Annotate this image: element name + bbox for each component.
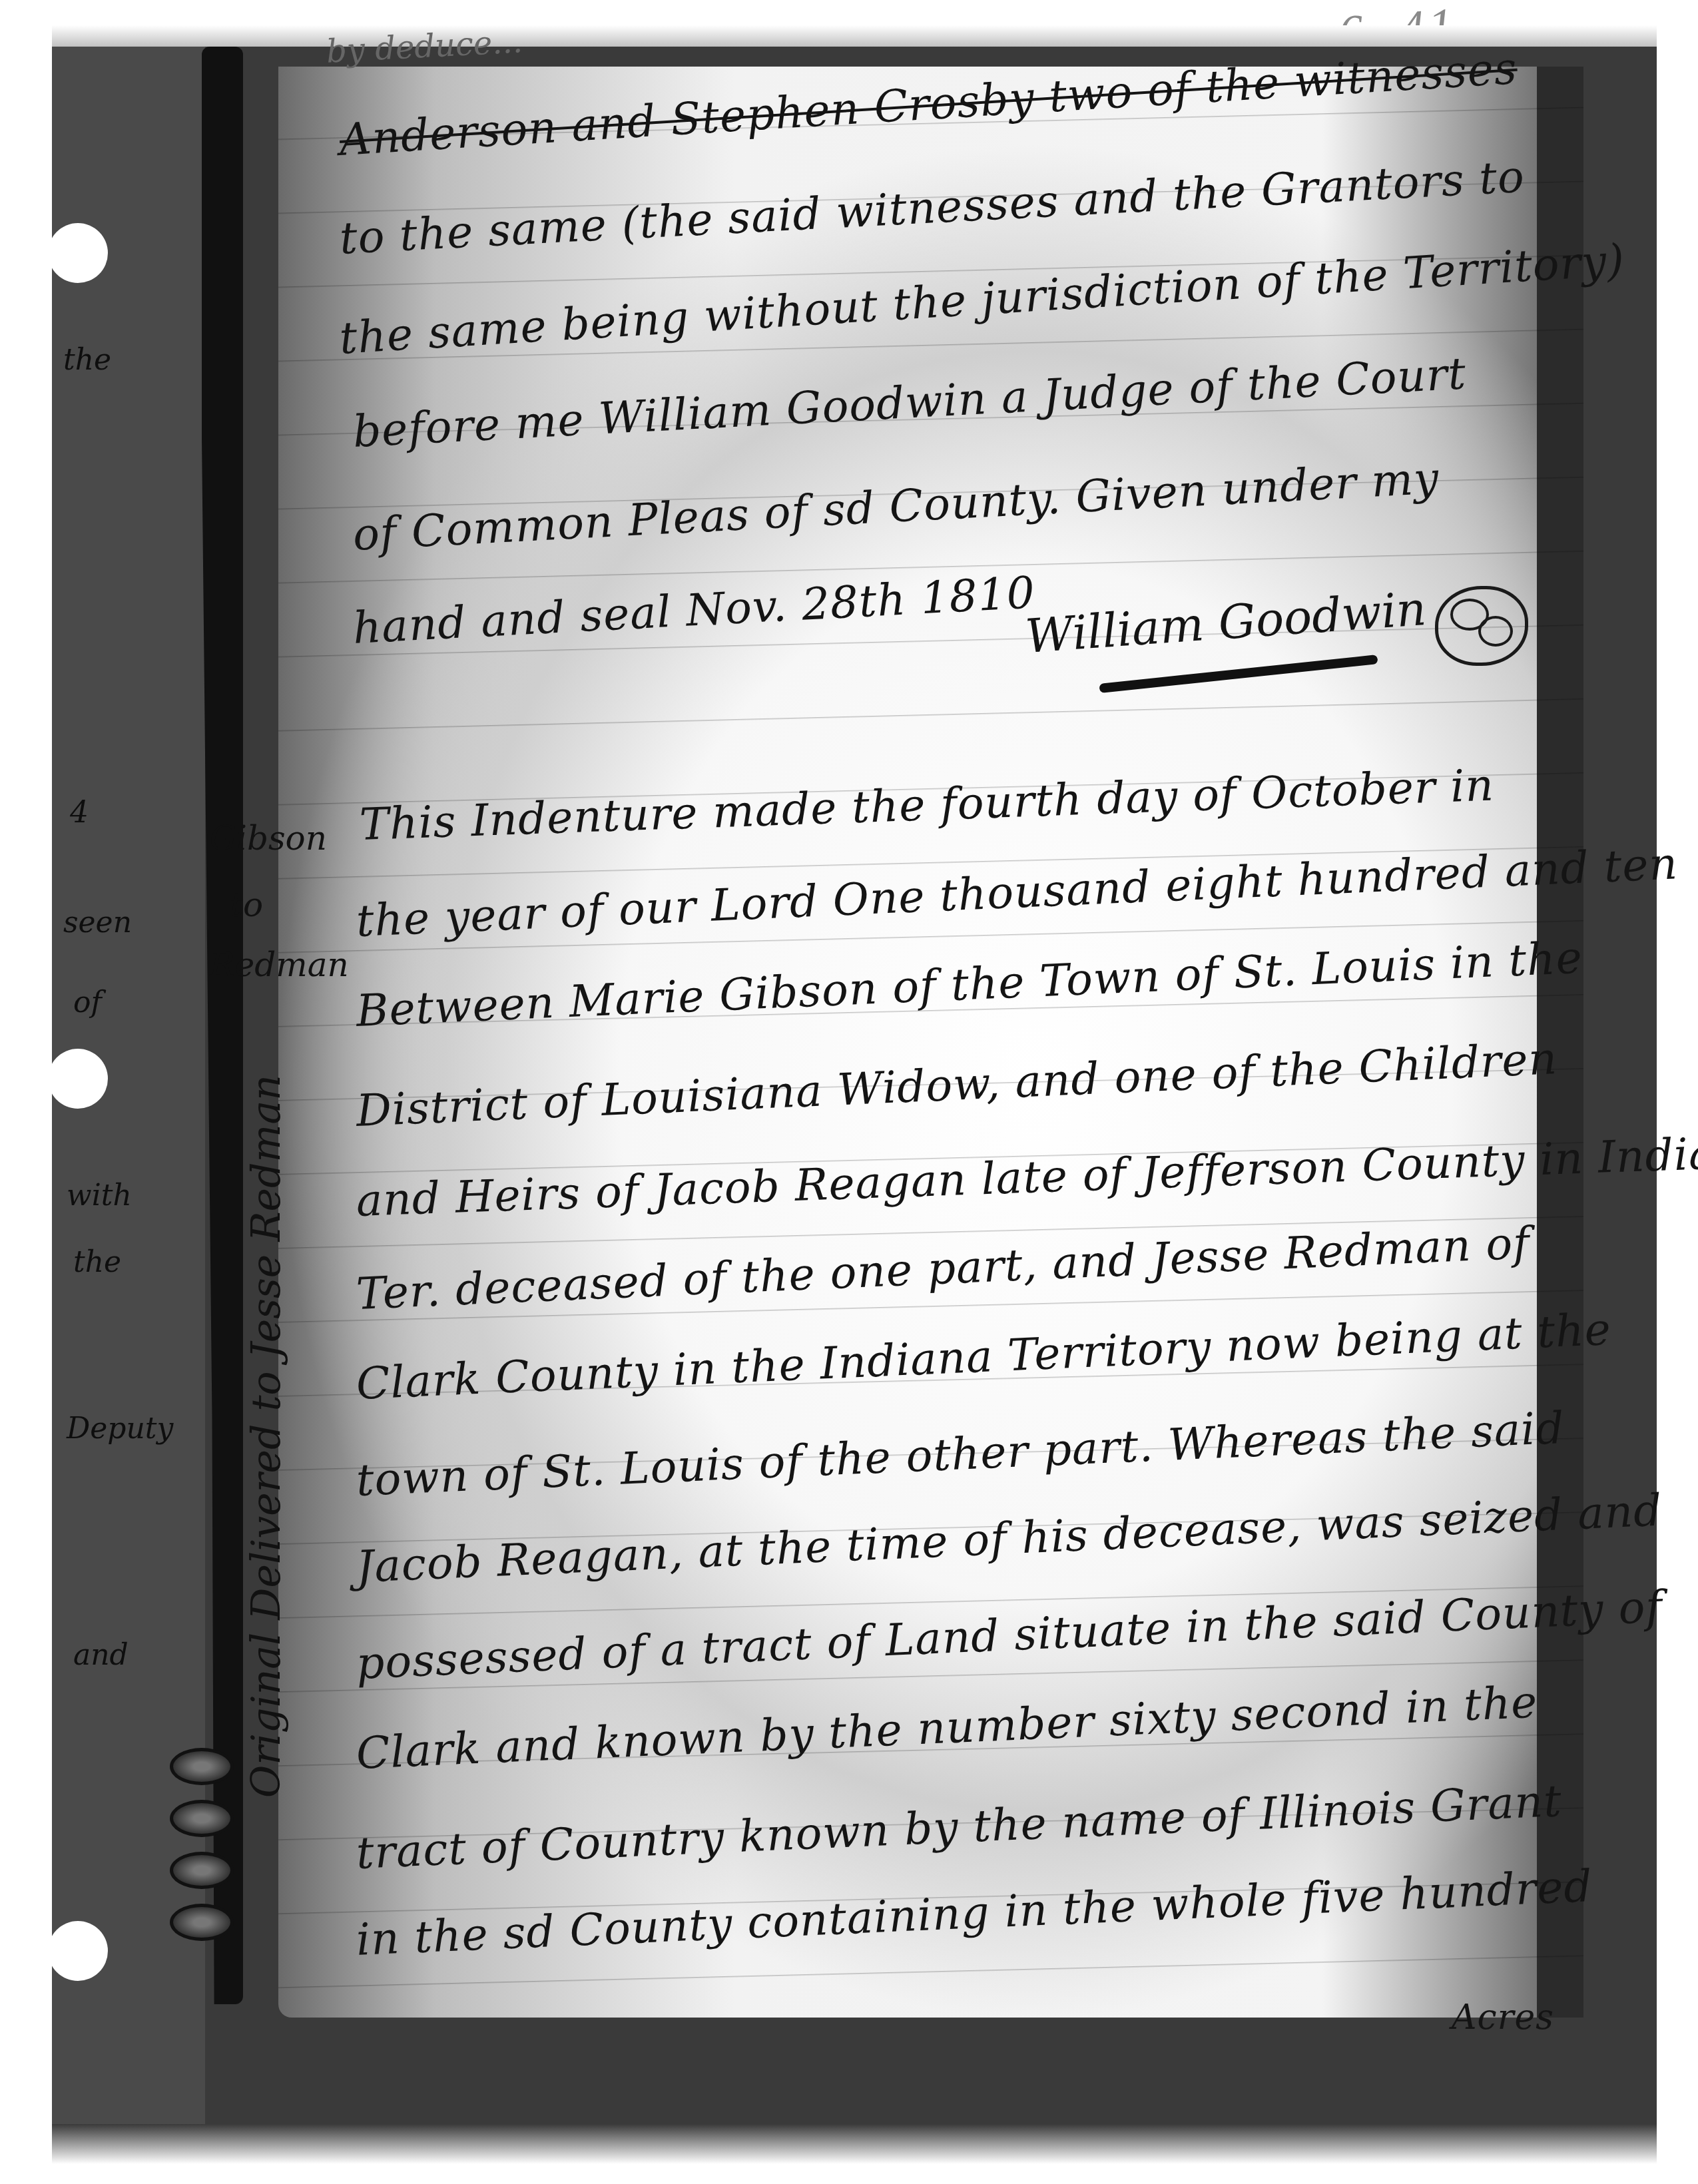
punch-hole-top xyxy=(48,223,108,283)
left-fragment: the xyxy=(73,1245,121,1279)
margin-party-grantor: Gibson xyxy=(210,819,327,858)
margin-party-grantee: Redman xyxy=(210,946,349,984)
catchword: Acres xyxy=(1452,1998,1554,2038)
binding-gutter xyxy=(202,47,243,2004)
left-fragment: and xyxy=(73,1638,129,1672)
scan-bottom-edge xyxy=(52,2124,1657,2164)
ink-blot xyxy=(170,1904,234,1941)
punch-hole-bottom xyxy=(48,1921,108,1981)
punch-hole-middle xyxy=(48,1049,108,1109)
margin-party-to: to xyxy=(230,886,263,924)
left-fragment: Deputy xyxy=(67,1412,173,1446)
vertical-delivery-note: Original Delivered to Jesse Redman xyxy=(243,1075,290,1798)
ink-blot xyxy=(170,1748,234,1785)
ink-blot xyxy=(170,1852,234,1889)
left-fragment: the xyxy=(63,343,111,377)
seal-icon xyxy=(1435,586,1528,666)
left-fragment: of xyxy=(73,985,102,1019)
left-fragment: 4 xyxy=(70,796,89,830)
left-fragment: with xyxy=(67,1179,132,1213)
left-fragment: seen xyxy=(63,906,132,940)
ink-blot xyxy=(170,1800,234,1837)
margin-ink-blots xyxy=(170,1748,230,1956)
